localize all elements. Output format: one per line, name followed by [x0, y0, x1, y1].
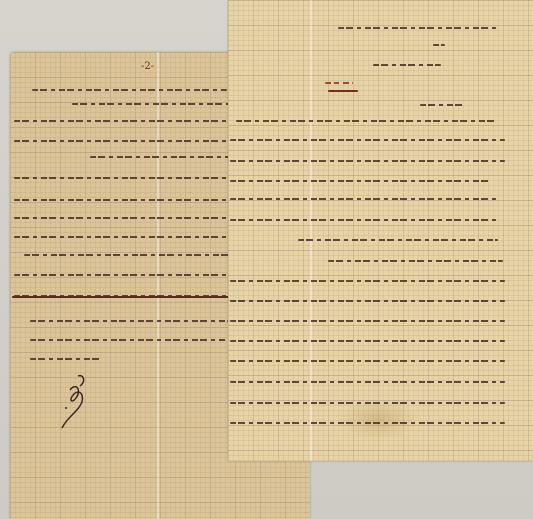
handwriting-line	[14, 140, 232, 142]
handwriting-line	[298, 239, 498, 241]
handwriting-line	[14, 236, 232, 238]
handwriting-line	[30, 358, 100, 360]
handwriting-line	[230, 340, 505, 342]
handwriting-line	[14, 199, 232, 201]
handwriting-line	[14, 217, 232, 219]
handwriting-line	[72, 103, 230, 105]
handwriting-line	[230, 219, 500, 221]
handwriting-line	[236, 120, 498, 122]
right-letter-page	[228, 0, 533, 461]
header-date-line	[338, 27, 500, 29]
paper-stain	[338, 400, 418, 440]
underline	[328, 90, 358, 92]
handwriting-line	[14, 274, 230, 276]
handwriting-line	[24, 254, 230, 256]
handwriting-line	[32, 89, 227, 91]
handwriting-line	[230, 402, 505, 404]
handwriting-line	[230, 280, 505, 282]
recipient-line	[373, 64, 441, 66]
handwriting-line	[90, 156, 230, 158]
handwriting-line	[230, 360, 505, 362]
recipient-location	[325, 82, 353, 84]
handwriting-line	[230, 300, 505, 302]
handwriting-line	[230, 180, 490, 182]
handwriting-line	[30, 320, 228, 322]
handwriting-line	[14, 120, 232, 122]
strike-line	[12, 296, 230, 298]
fold-line	[310, 0, 312, 461]
handwriting-line	[230, 139, 505, 141]
header-line	[433, 44, 445, 46]
handwriting-line	[30, 339, 226, 341]
fold-line	[157, 52, 159, 519]
handwriting-line	[14, 177, 232, 179]
page-number: -2-	[141, 61, 154, 72]
handwriting-line	[230, 422, 505, 424]
handwriting-line	[230, 381, 505, 383]
handwriting-line	[230, 160, 505, 162]
handwriting-line	[230, 320, 505, 322]
salutation-line	[420, 104, 464, 106]
handwriting-line	[230, 198, 498, 200]
handwriting-line	[328, 260, 503, 262]
signature	[48, 372, 98, 432]
